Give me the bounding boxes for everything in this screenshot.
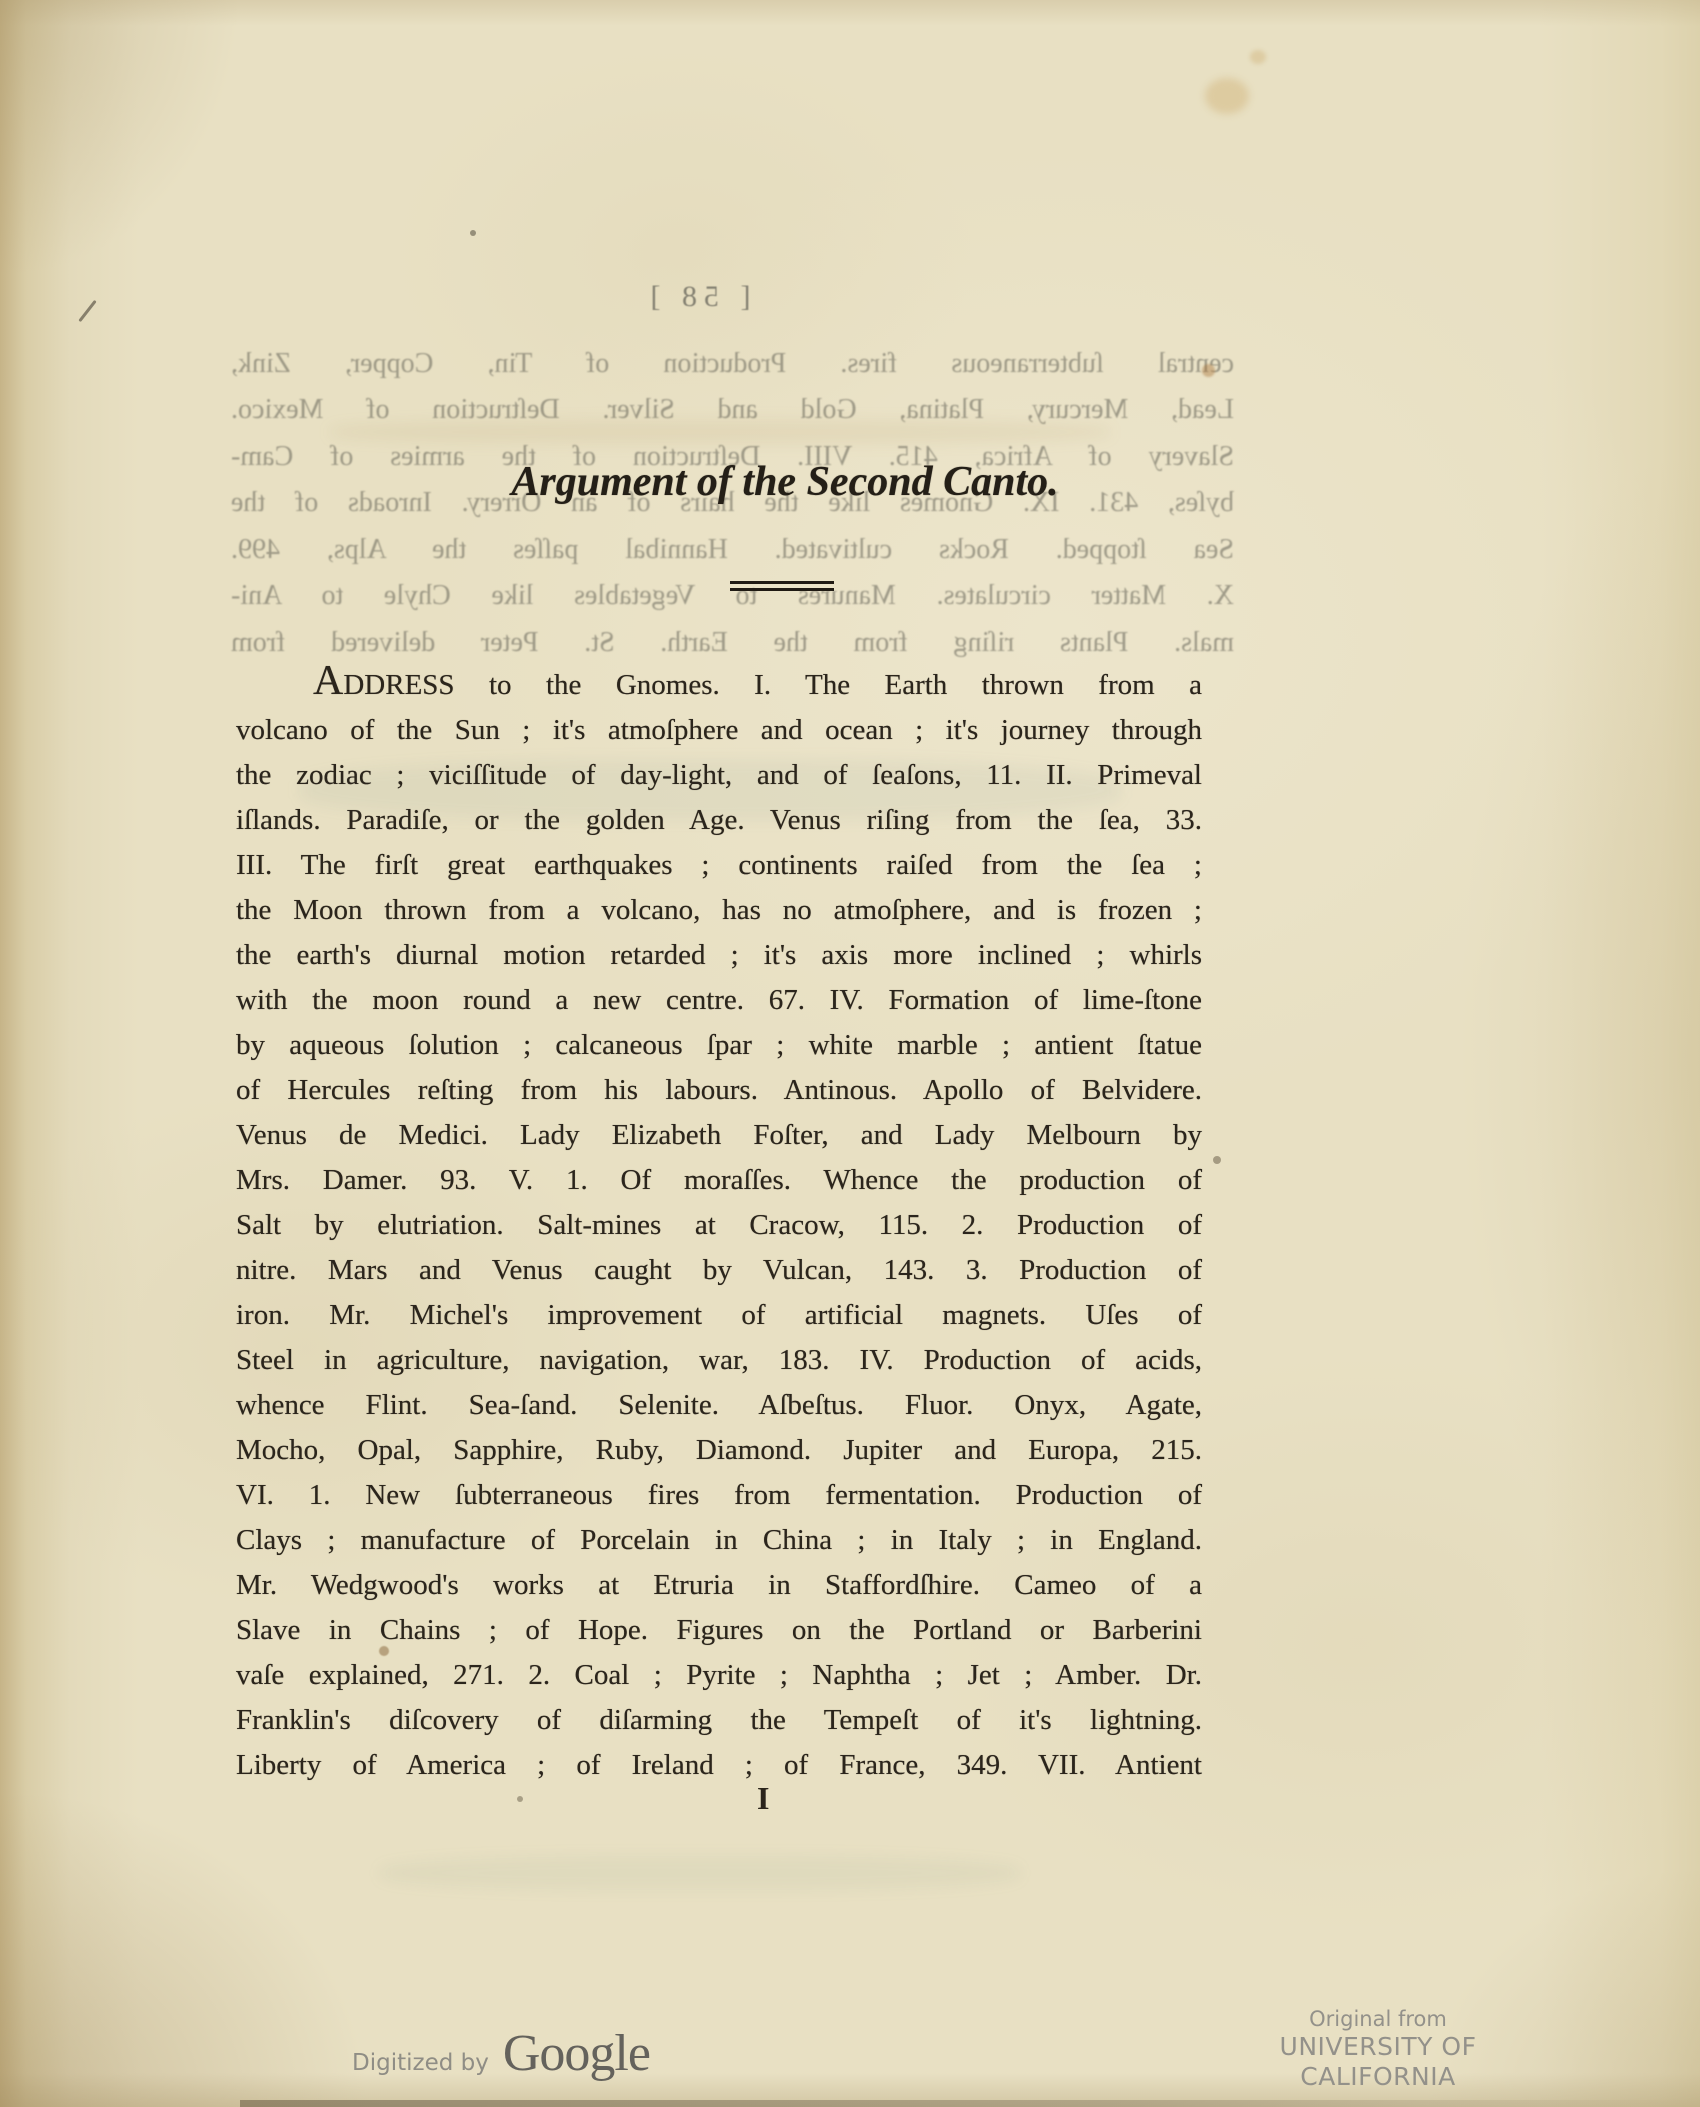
ink-ghost-band [380,1856,1020,1890]
body-line: Franklin's diſcovery of diſarming the Te… [236,1698,1202,1743]
body-line: ADDRESS to the Gnomes. I. The Earth thro… [236,663,1202,708]
digitization-watermark: Digitized by Google [352,2024,650,2083]
opening-word-caps: DDRESS [343,669,454,701]
body-line: III. The firſt great earthquakes ; conti… [236,843,1202,888]
scan-edge-top [0,0,1700,26]
scanned-book-page: [ 58 ] central ſubterraneous fires. Prod… [0,0,1700,2107]
body-line: whence Flint. Sea-ſand. Selenite. Aſbeſt… [236,1383,1202,1428]
body-line: Clays ; manufacture of Porcelain in Chin… [236,1518,1202,1563]
bleedthrough-text-block: central ſubterraneous fires. Production … [231,348,1234,678]
body-line: volcano of the Sun ; it's atmoſphere and… [236,708,1202,753]
google-logo: Google [503,2024,650,2083]
scan-edge-bottom-line [240,2100,1700,2107]
body-line: Slave in Chains ; of Hope. Figures on th… [236,1608,1202,1653]
body-line: nitre. Mars and Venus caught by Vulcan, … [236,1248,1202,1293]
body-line: the zodiac ; viciſſitude of day-light, a… [236,753,1202,798]
institution-label: UNIVERSITY OF CALIFORNIA [1217,2032,1539,2092]
body-line-text: to the Gnomes. I. The Earth thrown from … [455,669,1202,701]
section-title: Argument of the Second Canto. [511,458,1058,506]
dropcap-letter: A [313,658,343,704]
digitized-by-label: Digitized by [352,2050,489,2076]
body-line: Mr. Wedgwood's works at Etruria in Staff… [236,1563,1202,1608]
original-from-label: Original from [1217,2006,1539,2032]
provenance-watermark: Original from UNIVERSITY OF CALIFORNIA [1217,2006,1539,2092]
body-line: vaſe explained, 271. 2. Coal ; Pyrite ; … [236,1653,1202,1698]
body-line: iron. Mr. Michel's improvement of artifi… [236,1293,1202,1338]
body-line: Mrs. Damer. 93. V. 1. Of moraſſes. Whenc… [236,1158,1202,1203]
body-line: by aqueous ſolution ; calcaneous ſpar ; … [236,1023,1202,1068]
body-line: Steel in agriculture, navigation, war, 1… [236,1338,1202,1383]
body-line: Venus de Medici. Lady Elizabeth Foſter, … [236,1113,1202,1158]
body-line: of Hercules reſting from his labours. An… [236,1068,1202,1113]
ink-speck [517,1796,523,1802]
ink-speck [470,230,476,236]
bleedthrough-line: Lead, Mercury, Platina, Gold and Silver.… [231,394,1234,426]
corner-shadow-top-left [0,0,260,300]
foxing-stain [1205,78,1249,114]
body-line: VI. 1. New ſubterraneous fires from ferm… [236,1473,1202,1518]
bleedthrough-line: mals. Plants riſing from the Earth. St. … [231,627,1234,659]
foxing-stain [1250,50,1266,64]
bleedthrough-page-number: [ 58 ] [630,280,764,314]
bleedthrough-line: central ſubterraneous fires. Production … [231,348,1234,380]
margin-pen-mark [78,300,96,322]
double-rule-divider [730,581,834,591]
body-line: the Moon thrown from a volcano, has no a… [236,888,1202,933]
body-line: Mocho, Opal, Sapphire, Ruby, Diamond. Ju… [236,1428,1202,1473]
body-line: Liberty of America ; of Ireland ; of Fra… [236,1743,1202,1788]
ink-speck [1213,1156,1221,1164]
body-line: Salt by elutriation. Salt-mines at Craco… [236,1203,1202,1248]
argument-text-block: ADDRESS to the Gnomes. I. The Earth thro… [236,663,1202,1788]
body-line: the earth's diurnal motion retarded ; it… [236,933,1202,978]
body-line: iſlands. Paradiſe, or the golden Age. Ve… [236,798,1202,843]
bleedthrough-line: Sea ſtopped. Rocks cultivated. Hannibal … [231,534,1234,566]
signature-mark: I [757,1780,769,1817]
body-line: with the moon round a new centre. 67. IV… [236,978,1202,1023]
